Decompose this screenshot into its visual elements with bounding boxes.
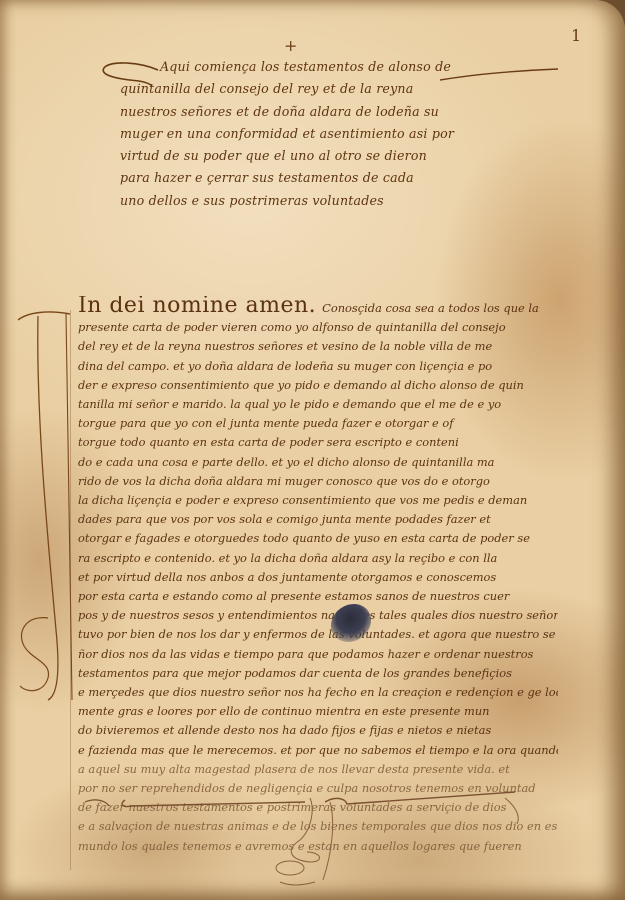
- signature-flourish-icon: [85, 790, 525, 900]
- main-line: ra escripto e contenido. et yo la dicha …: [78, 549, 558, 568]
- main-line: dina del campo. et yo doña aldara de lod…: [78, 357, 558, 376]
- main-line: dades para que vos por vos sola e comigo…: [78, 510, 558, 529]
- heading-line: muger en una conformidad et asentimiento…: [120, 123, 480, 145]
- main-line: otorgar e fagades e otorguedes todo quan…: [78, 529, 558, 548]
- main-line: tuvo por bien de nos los dar y enfermos …: [78, 625, 558, 644]
- main-line: testamentos para que mejor podamos dar c…: [78, 664, 558, 683]
- main-line: e merçedes que dios nuestro señor nos ha…: [78, 683, 558, 702]
- main-line: la dicha liçençia e poder e expreso cons…: [78, 491, 558, 510]
- decorated-initial-icon: [8, 300, 78, 710]
- incipit: In dei nomine amen.: [78, 296, 316, 318]
- heading-block: Aqui comiença los testamentos de alonso …: [120, 56, 480, 212]
- main-line: e fazienda mas que le merecemos. et por …: [78, 741, 558, 760]
- main-text-block: In dei nomine amen.Conosçida cosa sea a …: [78, 296, 558, 856]
- main-line: rido de vos la dicha doña aldara mi muge…: [78, 472, 558, 491]
- margin-ruling: [70, 310, 71, 870]
- main-line-text: Conosçida cosa sea a todos los que la: [322, 301, 539, 315]
- main-line: ñor dios nos da las vidas e tiempo para …: [78, 645, 558, 664]
- heading-line: virtud de su poder que el uno al otro se…: [120, 145, 480, 167]
- cross-mark: +: [284, 36, 297, 55]
- main-line: et por virtud della nos anbos a dos junt…: [78, 568, 558, 587]
- main-line: a aquel su muy alta magestad plasera de …: [78, 760, 558, 779]
- heading-line: para hazer e çerrar sus testamentos de c…: [120, 167, 480, 189]
- main-line: do bivieremos et allende desto nos ha da…: [78, 721, 558, 740]
- main-line: mente gras e loores por ello de continuo…: [78, 702, 558, 721]
- main-line: der e expreso consentimiento que yo pido…: [78, 376, 558, 395]
- heading-line: quintanilla del consejo del rey et de la…: [120, 78, 480, 100]
- heading-line: Aqui comiença los testamentos de alonso …: [120, 56, 480, 78]
- manuscript-folio: 1 + Aqui comiença los testamentos de alo…: [0, 0, 625, 900]
- main-line: torgue todo quanto en esta carta de pode…: [78, 433, 558, 452]
- main-line: torgue para que yo con el junta mente pu…: [78, 414, 558, 433]
- main-line: del rey et de la reyna nuestros señores …: [78, 337, 558, 356]
- main-line: tanilla mi señor e marido. la qual yo le…: [78, 395, 558, 414]
- heading-line: nuestros señores et de doña aldara de lo…: [120, 101, 480, 123]
- folio-number: 1: [571, 26, 581, 45]
- main-line: por esta carta e estando como al present…: [78, 587, 558, 606]
- heading-line: uno dellos e sus postrimeras voluntades: [120, 190, 480, 212]
- main-line: In dei nomine amen.Conosçida cosa sea a …: [78, 296, 558, 318]
- main-line: do e cada una cosa e parte dello. et yo …: [78, 453, 558, 472]
- main-line: presente carta de poder vieren como yo a…: [78, 318, 558, 337]
- main-line: pos y de nuestros sesos y entendimientos…: [78, 606, 558, 625]
